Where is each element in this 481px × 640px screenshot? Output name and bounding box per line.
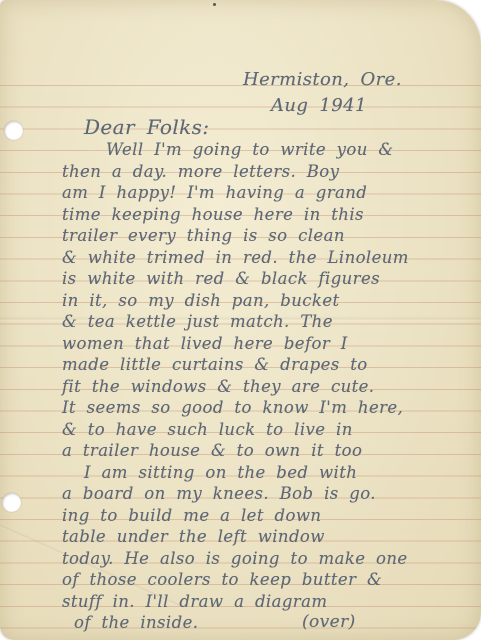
letter-line: in it, so my dish pan, bucket: [62, 290, 475, 312]
letter-line: & white trimed in red. the Linoleum: [62, 247, 475, 269]
letter-line: trailer every thing is so clean: [62, 225, 475, 247]
letter-line: stuff in. I'll draw a diagram: [62, 591, 475, 613]
page-note: (over): [302, 612, 356, 632]
scanned-letter: Hermiston, Ore. Aug 1941 Dear Folks: Wel…: [0, 0, 481, 640]
letter-line: a trailer house & to own it too: [62, 440, 475, 462]
letter-line: time keeping house here in this: [62, 204, 475, 226]
letter-line: today. He also is going to make one: [62, 548, 475, 570]
date-line: Aug 1941: [271, 95, 367, 116]
letter-line: a board on my knees. Bob is go.: [62, 483, 475, 505]
letter-line: of those coolers to keep butter &: [62, 569, 475, 591]
letter-line: am I happy! I'm having a grand: [62, 182, 475, 204]
letter-line: is white with red & black figures: [62, 268, 475, 290]
letter-line: & to have such luck to live in: [62, 419, 475, 441]
letter-line: then a day. more letters. Boy: [62, 161, 475, 183]
punch-hole-bottom: [2, 493, 21, 512]
letter-line: Well I'm going to write you &: [62, 139, 475, 161]
letter-line: It seems so good to know I'm here,: [62, 397, 475, 419]
ink-speck: [213, 3, 216, 6]
letter-line: women that lived here befor I: [62, 333, 475, 355]
letter-page: Hermiston, Ore. Aug 1941 Dear Folks: Wel…: [0, 0, 481, 640]
letter-line: I am sitting on the bed with: [62, 462, 475, 484]
letter-line: fit the windows & they are cute.: [62, 376, 475, 398]
letter-line: & tea kettle just match. The: [62, 311, 475, 333]
letter-line: made little curtains & drapes to: [62, 354, 475, 376]
salutation: Dear Folks:: [84, 115, 209, 139]
letter-line: table under the left window: [62, 526, 475, 548]
letter-line: of the inside.: [62, 612, 475, 634]
letter-body: Well I'm going to write you & then a day…: [62, 139, 475, 634]
letter-line: ing to build me a let down: [62, 505, 475, 527]
punch-hole-top: [4, 121, 23, 140]
place-line: Hermiston, Ore.: [243, 69, 402, 90]
